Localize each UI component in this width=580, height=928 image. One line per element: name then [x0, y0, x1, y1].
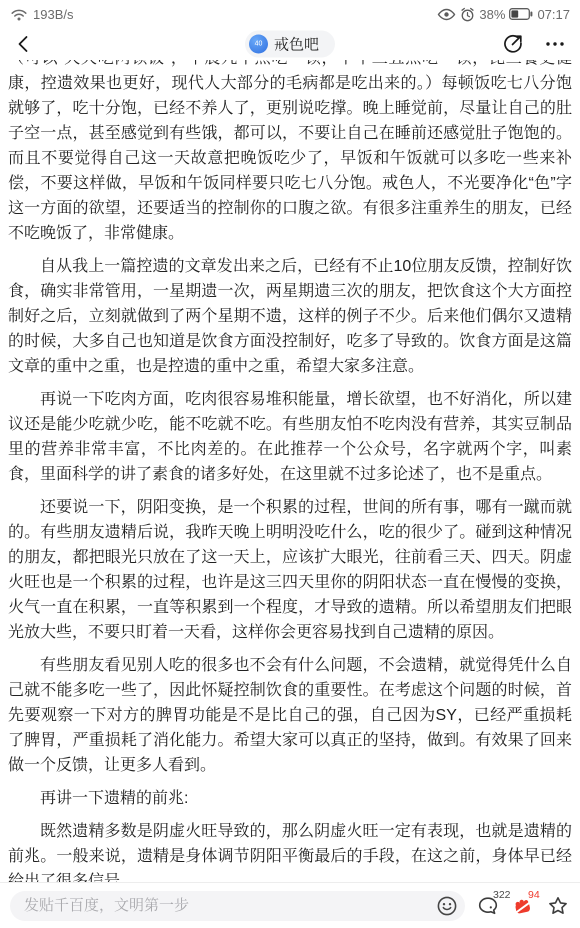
emoji-icon[interactable] — [435, 894, 459, 918]
forum-badge[interactable]: 40 戒色吧 — [245, 31, 335, 58]
nav-bar: 40 戒色吧 — [0, 28, 580, 60]
forum-avatar: 40 — [249, 35, 268, 54]
favorite-star-icon[interactable] — [546, 894, 570, 918]
clock-label: 07:17 — [537, 7, 570, 22]
like-count-badge: 94 — [528, 889, 540, 901]
post-body[interactable]: （可以“天天吃两顿饭”，早晨九十点吃一顿，下午三五点吃一顿，比三餐更健康，控遗效… — [8, 60, 572, 882]
comment-icon[interactable]: 322 — [476, 894, 500, 918]
post-paragraph: 有些朋友看见别人吃的很多也不会有什么问题，不会遗精，就觉得凭什么自己就不能多吃一… — [8, 653, 572, 778]
post-paragraph: 还要说一下，阴阳变换，是一个积累的过程，世间的所有事，哪有一蹴而就的。有些朋友遗… — [8, 495, 572, 645]
battery-percent-label: 38% — [479, 7, 505, 22]
alarm-icon — [460, 7, 475, 22]
like-dacall-icon[interactable]: 94 — [511, 894, 535, 918]
comment-count-badge: 322 — [493, 889, 511, 901]
more-icon[interactable] — [544, 33, 566, 55]
network-speed-label: 193B/s — [33, 7, 73, 22]
reply-input-pill[interactable] — [10, 891, 465, 921]
post-paragraph: 再说一下吃肉方面，吃肉很容易堆积能量，增长欲望，也不好消化，所以建议还是能少吃就… — [8, 387, 572, 487]
eye-protection-icon — [437, 8, 456, 21]
app-screen: 193B/s 38% — [0, 0, 580, 928]
post-paragraph: 再讲一下遗精的前兆: — [8, 786, 572, 811]
reply-input[interactable] — [24, 897, 435, 914]
post-paragraph-list: （可以“天天吃两顿饭”，早晨九十点吃一顿，下午三五点吃一顿，比三餐更健康，控遗效… — [8, 60, 572, 882]
network-speed-icon — [10, 7, 28, 21]
status-bar: 193B/s 38% — [0, 0, 580, 28]
post-paragraph: （可以“天天吃两顿饭”，早晨九十点吃一顿，下午三五点吃一顿，比三餐更健康，控遗效… — [8, 60, 572, 246]
post-paragraph: 自从我上一篇控遗的文章发出来之后，已经有不止10位朋友反馈，控制好饮食，确实非常… — [8, 254, 572, 379]
composer-bar: 322 94 — [0, 882, 580, 928]
post-paragraph: 既然遗精多数是阴虚火旺导致的，那么阴虚火旺一定有表现，也就是遗精的前兆。一般来说… — [8, 819, 572, 882]
battery-icon — [509, 8, 533, 20]
back-icon[interactable] — [14, 34, 34, 54]
forum-name: 戒色吧 — [274, 34, 319, 55]
share-icon[interactable] — [502, 33, 524, 55]
